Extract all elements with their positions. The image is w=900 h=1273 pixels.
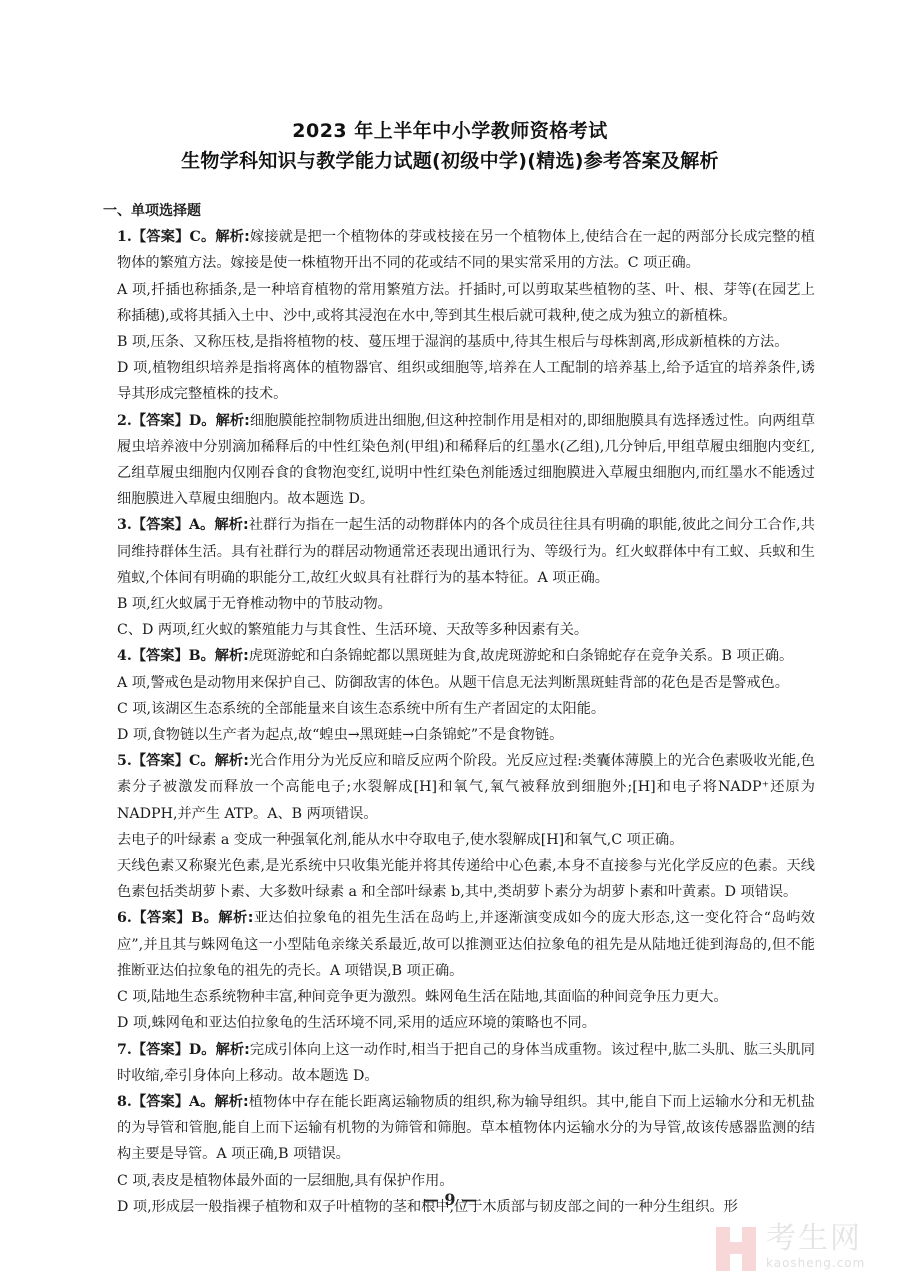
question-answer-7: 7.【答案】D。解析:完成引体向上这一动作时,相当于把自己的身体当成重物。该过程… <box>103 1037 815 1089</box>
analysis-label: 解析: <box>214 517 248 533</box>
option-explanation: D 项,蛛网龟和亚达伯拉象龟的生活环境不同,采用的适应环境的策略也不同。 <box>103 1010 815 1036</box>
option-explanation: B 项,红火蚁属于无脊椎动物中的节肢动物。 <box>103 591 815 617</box>
question-answer-4: 4.【答案】B。解析:虎斑游蛇和白条锦蛇都以黑斑蛙为食,故虎斑游蛇和白条锦蛇存在… <box>103 643 815 669</box>
analysis-label: 解析: <box>215 753 249 769</box>
answer-value: A。 <box>189 1094 214 1110</box>
answer-label: 【答案】 <box>132 1094 189 1110</box>
answer-value: B。 <box>191 910 218 926</box>
option-explanation: C 项,陆地生态系统物种丰富,种间竞争更为激烈。蛛网龟生活在陆地,其面临的种间竞… <box>103 984 815 1010</box>
answer-value: B。 <box>189 648 215 664</box>
option-explanation: 天线色素又称聚光色素,是光系统中只收集光能并将其传递给中心色素,本身不直接参与光… <box>103 853 815 905</box>
question-number: 3. <box>117 517 132 533</box>
question-number: 5. <box>117 753 132 769</box>
analysis-label: 解析: <box>215 229 249 245</box>
question-answer-5: 5.【答案】C。解析:光合作用分为光反应和暗反应两个阶段。光反应过程:类囊体薄膜… <box>103 748 815 827</box>
page-number: — 9 — <box>0 1190 900 1209</box>
answer-value: D。 <box>189 413 216 429</box>
analysis-label: 解析: <box>215 648 249 664</box>
watermark: 考生网 kaosheng.com <box>716 1223 896 1273</box>
option-explanation: C、D 两项,红火蚁的繁殖能力与其食性、生活环境、天敌等多种因素有关。 <box>103 617 815 643</box>
answer-value: C。 <box>190 229 216 245</box>
question-answer-3: 3.【答案】A。解析:社群行为指在一起生活的动物群体内的各个成员往往具有明确的职… <box>103 512 815 591</box>
question-number: 1. <box>117 229 132 245</box>
option-explanation: A 项,扦插也称插条,是一种培育植物的常用繁殖方法。扦插时,可以剪取某些植物的茎… <box>103 277 815 329</box>
option-explanation: 去电子的叶绿素 a 变成一种强氧化剂,能从水中夺取电子,使水裂解成[H]和氧气,… <box>103 827 815 853</box>
option-explanation: B 项,压条、又称压枝,是指将植物的枝、蔓压埋于湿润的基质中,待其生根后与母株割… <box>103 329 815 355</box>
question-number: 4. <box>117 648 132 664</box>
analysis-label: 解析: <box>216 1042 250 1058</box>
question-answer-1: 1.【答案】C。解析:嫁接就是把一个植物体的芽或枝接在另一个植物体上,使结合在一… <box>103 224 815 276</box>
answer-label: 【答案】 <box>132 229 190 245</box>
analysis-label: 解析: <box>218 910 253 926</box>
document-body: 一、单项选择题 1.【答案】C。解析:嫁接就是把一个植物体的芽或枝接在另一个植物… <box>103 198 815 1220</box>
question-answer-2: 2.【答案】D。解析:细胞膜能控制物质进出细胞,但这种控制作用是相对的,即细胞膜… <box>103 408 815 513</box>
answer-label: 【答案】 <box>132 648 189 664</box>
analysis-label: 解析: <box>214 1094 248 1110</box>
document-title-line2: 生物学科知识与教学能力试题(初级中学)(精选)参考答案及解析 <box>0 146 900 173</box>
question-number: 7. <box>117 1042 132 1058</box>
analysis-label: 解析: <box>216 413 250 429</box>
watermark-text: 考生网 <box>766 1223 862 1255</box>
question-number: 6. <box>117 910 132 926</box>
answer-label: 【答案】 <box>132 413 189 429</box>
document-page: 2023 年上半年中小学教师资格考试 生物学科知识与教学能力试题(初级中学)(精… <box>0 0 900 1273</box>
answer-label: 【答案】 <box>132 753 189 769</box>
option-explanation: D 项,食物链以生产者为起点,故“蝗虫→黑斑蛙→白条锦蛇”不是食物链。 <box>103 722 815 748</box>
document-title-line1: 2023 年上半年中小学教师资格考试 <box>0 116 900 143</box>
watermark-url: kaosheng.com <box>766 1256 865 1270</box>
answer-label: 【答案】 <box>132 910 191 926</box>
watermark-logo-icon <box>716 1227 756 1271</box>
answer-label: 【答案】 <box>132 1042 189 1058</box>
answer-value: D。 <box>189 1042 216 1058</box>
question-list: 1.【答案】C。解析:嫁接就是把一个植物体的芽或枝接在另一个植物体上,使结合在一… <box>103 224 815 1220</box>
answer-label: 【答案】 <box>132 517 189 533</box>
section-heading: 一、单项选择题 <box>103 198 815 224</box>
option-explanation: D 项,植物组织培养是指将离体的植物器官、组织或细胞等,培养在人工配制的培养基上… <box>103 355 815 407</box>
option-explanation: C 项,该湖区生态系统的全部能量来自该生态系统中所有生产者固定的太阳能。 <box>103 696 815 722</box>
question-answer-8: 8.【答案】A。解析:植物体中存在能长距离运输物质的组织,称为输导组织。其中,能… <box>103 1089 815 1168</box>
question-answer-6: 6.【答案】B。解析:亚达伯拉象龟的祖先生活在岛屿上,并逐渐演变成如今的庞大形态… <box>103 905 815 984</box>
question-number: 2. <box>117 413 132 429</box>
analysis-text: 虎斑游蛇和白条锦蛇都以黑斑蛙为食,故虎斑游蛇和白条锦蛇存在竞争关系。B 项正确。 <box>249 648 793 664</box>
answer-value: A。 <box>189 517 214 533</box>
answer-value: C。 <box>189 753 215 769</box>
option-explanation: A 项,警戒色是动物用来保护自己、防御敌害的体色。从题干信息无法判断黑斑蛙背部的… <box>103 670 815 696</box>
question-number: 8. <box>117 1094 132 1110</box>
